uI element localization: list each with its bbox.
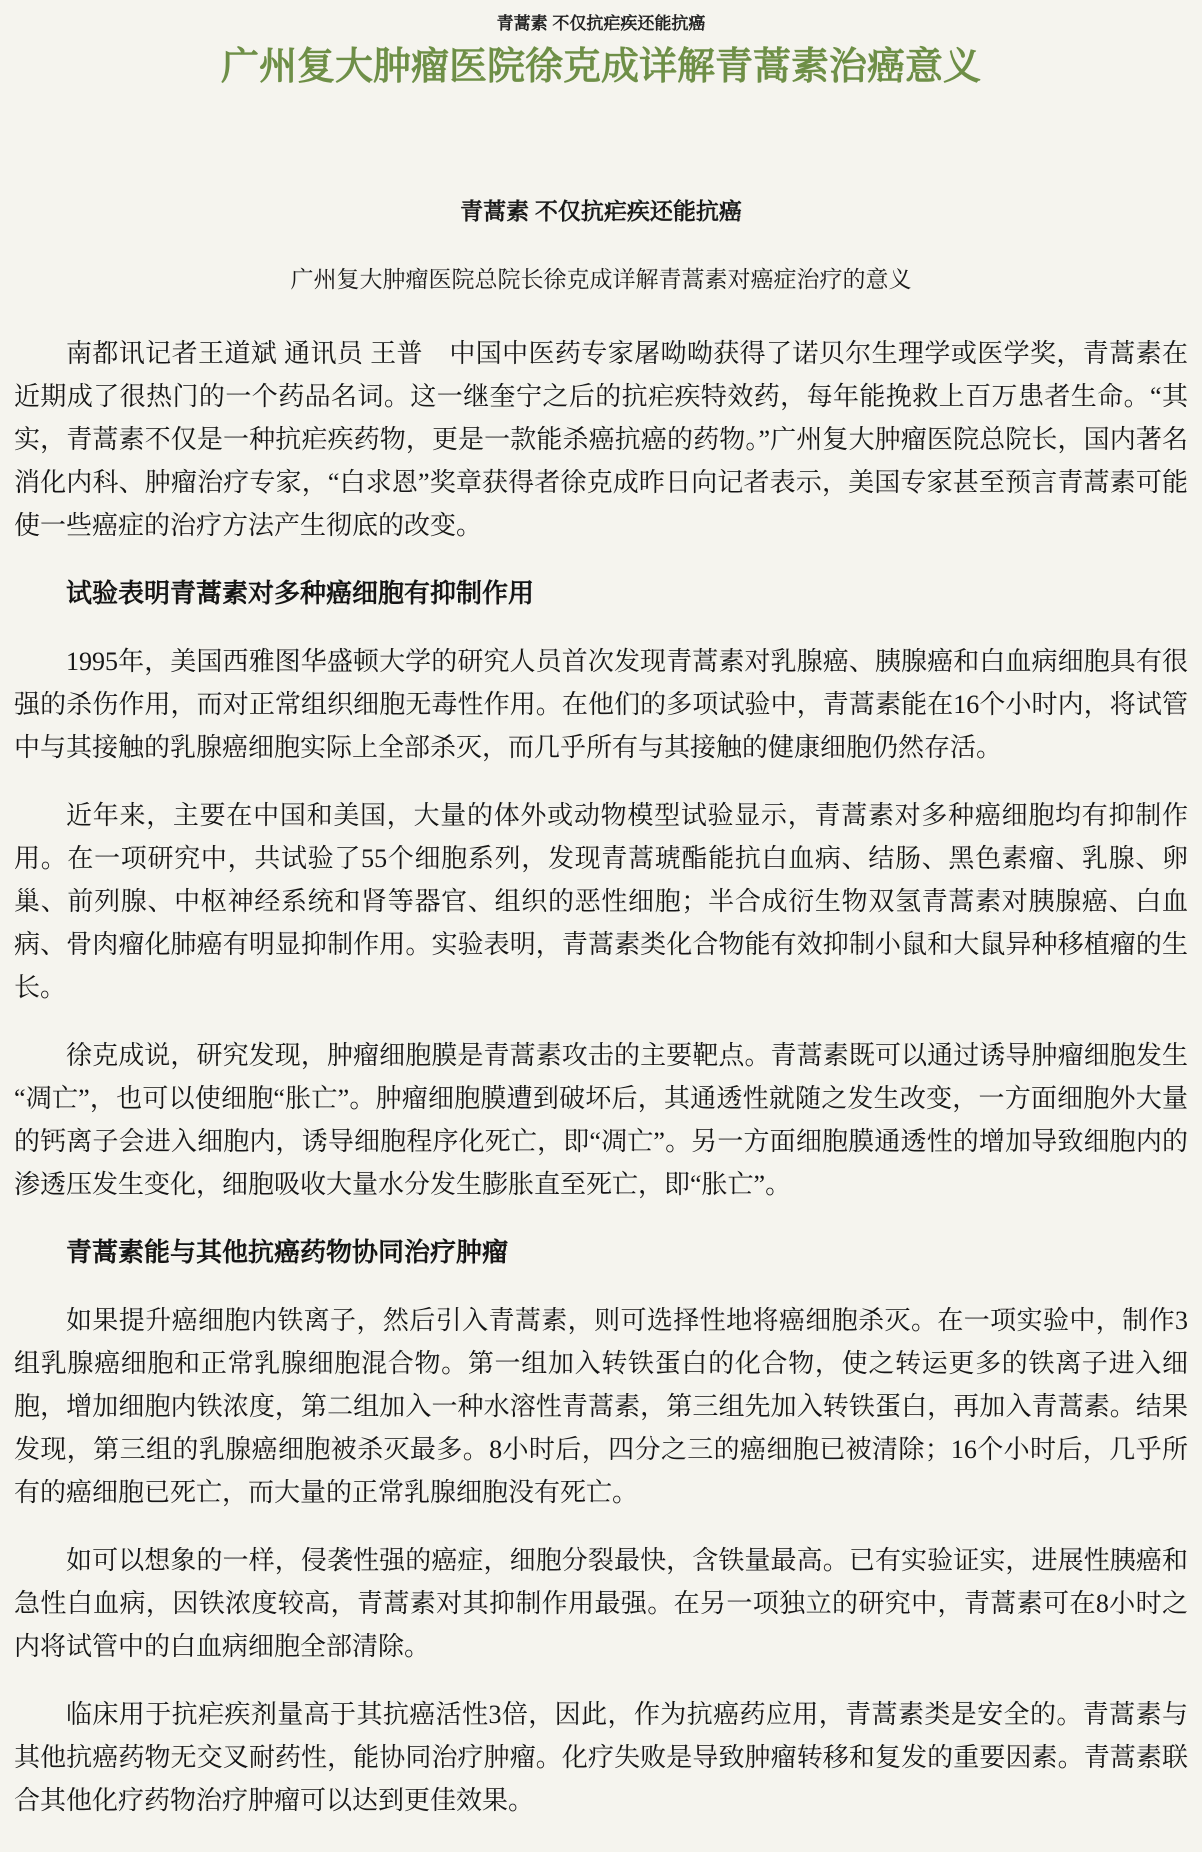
lead-paragraph: 南都讯记者王道斌 通讯员 王普 中国中医药专家屠呦呦获得了诺贝尔生理学或医学奖，… — [14, 332, 1188, 547]
article-subheadline: 广州复大肿瘤医院总院长徐克成详解青蒿素对癌症治疗的意义 — [14, 265, 1188, 295]
article-headline: 青蒿素 不仅抗疟疾还能抗癌 — [14, 197, 1188, 227]
page-title: 广州复大肿瘤医院徐克成详解青蒿素治癌意义 — [14, 45, 1188, 89]
paragraph: 徐克成说，研究发现，肿瘤细胞膜是青蒿素攻击的主要靶点。青蒿素既可以通过诱导肿瘤细… — [14, 1034, 1188, 1206]
section-heading-synergy: 青蒿素能与其他抗癌药物协同治疗肿瘤 — [14, 1231, 1188, 1274]
article-page: 青蒿素 不仅抗疟疾还能抗癌 广州复大肿瘤医院徐克成详解青蒿素治癌意义 青蒿素 不… — [0, 0, 1202, 1852]
kicker-title: 青蒿素 不仅抗疟疾还能抗癌 — [14, 13, 1188, 35]
section-heading-inhibition: 试验表明青蒿素对多种癌细胞有抑制作用 — [14, 572, 1188, 615]
article-body: 南都讯记者王道斌 通讯员 王普 中国中医药专家屠呦呦获得了诺贝尔生理学或医学奖，… — [14, 332, 1188, 1822]
paragraph: 1995年，美国西雅图华盛顿大学的研究人员首次发现青蒿素对乳腺癌、胰腺癌和白血病… — [14, 640, 1188, 769]
paragraph: 近年来，主要在中国和美国，大量的体外或动物模型试验显示，青蒿素对多种癌细胞均有抑… — [14, 794, 1188, 1009]
paragraph: 临床用于抗疟疾剂量高于其抗癌活性3倍，因此，作为抗癌药应用，青蒿素类是安全的。青… — [14, 1693, 1188, 1822]
paragraph: 如可以想象的一样，侵袭性强的癌症，细胞分裂最快，含铁量最高。已有实验证实，进展性… — [14, 1539, 1188, 1668]
paragraph: 如果提升癌细胞内铁离子，然后引入青蒿素，则可选择性地将癌细胞杀灭。在一项实验中，… — [14, 1299, 1188, 1514]
